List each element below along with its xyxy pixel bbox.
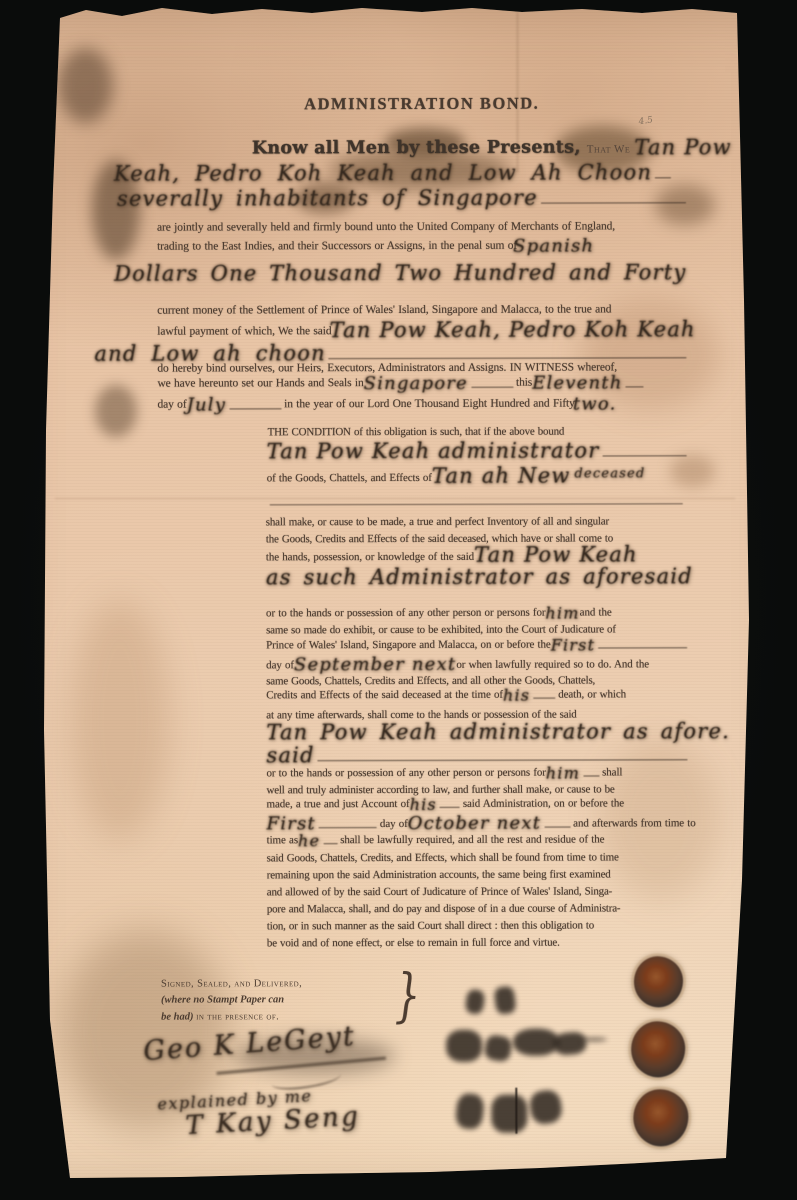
print-text: or when lawfully required so to do. And …: [456, 658, 649, 674]
fill-rule: [544, 825, 570, 828]
print-text: this: [516, 377, 532, 393]
handwritten-pronoun: he: [298, 833, 320, 849]
wax-seal: [633, 1089, 688, 1146]
print-text: time as: [267, 834, 298, 849]
witness-signature: Geo K LeGeyt: [142, 1021, 356, 1067]
print-line: day of July in the year of our Lord One …: [157, 395, 616, 414]
handwritten-text: said: [266, 745, 314, 766]
print-text: or to the hands or possession of any oth…: [266, 606, 545, 622]
handwritten-line: severally inhabitants of Singapore: [117, 187, 689, 209]
document-title: ADMINISTRATION BOND.: [287, 96, 557, 113]
handwritten-text: Tan Pow Keah administrator as afore.: [266, 721, 730, 743]
handwritten-month: October next: [408, 815, 541, 833]
print-line: remaining upon the said Administration a…: [267, 868, 611, 883]
print-text: Prince of Wales' Island, Singapore and M…: [266, 638, 551, 654]
wax-seal: [631, 1021, 685, 1077]
handwritten-administrator: Tan Pow Keah administrator: [267, 440, 600, 462]
fill-rule: [533, 696, 555, 699]
fill-rule: [598, 645, 687, 648]
handwritten-pronoun: him: [545, 606, 579, 622]
print-text: and afterwards from time to: [573, 817, 696, 833]
print-line: the hands, possession, or knowledge of t…: [266, 544, 638, 566]
print-text: Credits and Effects of the said deceased…: [266, 689, 503, 705]
that-we-text: That We: [581, 143, 635, 158]
fill-rule: [229, 406, 281, 409]
print-text: lawful payment of which, We the said: [157, 325, 331, 341]
fill-rule: [319, 825, 377, 828]
print-text: said Administration, on or before the: [463, 797, 624, 813]
chinese-signature-smudge: [493, 986, 516, 1015]
handwritten-month: September next: [294, 656, 456, 674]
print-text: shall: [602, 766, 622, 781]
chinese-signature-smudge: [553, 1031, 587, 1056]
print-line: or to the hands or possession of any oth…: [266, 765, 622, 782]
print-line: made, a true and just Account of his sai…: [267, 796, 625, 813]
fill-rule: [655, 175, 671, 178]
fill-rule: [602, 453, 686, 456]
print-text: day of: [266, 659, 294, 674]
fill-rule: [323, 841, 337, 844]
handwritten-name: Tan Pow: [634, 137, 731, 158]
print-line: or to the hands or possession of any oth…: [266, 605, 612, 622]
opening-line: Know all Men by these Presents, That We …: [252, 137, 732, 159]
handwritten-names: Keah, Pedro Koh Keah and Low Ah Choon: [114, 162, 652, 184]
attestation-text: be had): [161, 1011, 193, 1022]
print-text: death, or which: [558, 688, 626, 703]
print-text: trading to the East Indies, and their Su…: [157, 240, 517, 257]
print-text: and the: [580, 606, 612, 621]
wax-seal: [634, 956, 683, 1007]
handwritten-pronoun: his: [410, 797, 437, 813]
handwritten-names: Tan Pow Keah, Pedro Koh Keah: [329, 319, 695, 341]
fill-rule: [626, 384, 644, 387]
print-text: we have hereunto set our Hands and Seals…: [157, 377, 363, 393]
fill-rule: [318, 757, 688, 761]
print-line: current money of the Settlement of Princ…: [157, 302, 611, 318]
ink-stroke: [515, 1088, 517, 1134]
handwritten-sum: Dollars One Thousand Two Hundred and For…: [114, 262, 686, 284]
print-text: day of: [380, 818, 408, 833]
handwritten-place: Singapore: [364, 375, 468, 393]
handwritten-month: July: [187, 396, 227, 414]
fill-rule: [583, 773, 599, 776]
print-line: tion, or in such manner as the said Cour…: [267, 919, 594, 934]
print-line: and allowed of by the said Court of Judi…: [267, 885, 612, 900]
print-line: we have hereunto set our Hands and Seals…: [157, 374, 689, 393]
print-line: Credits and Effects of the said deceased…: [266, 687, 626, 704]
print-line: First day of October next and afterwards…: [267, 814, 696, 833]
chinese-signature-smudge: [528, 1089, 563, 1126]
handwritten-deceased-word: deceased: [574, 467, 645, 480]
chinese-signature-smudge: [581, 1037, 607, 1041]
handwritten-text: severally inhabitants of Singapore: [117, 188, 538, 210]
pencil-annotation: 4.5: [638, 116, 653, 127]
print-line: trading to the East Indies, and their Su…: [157, 237, 594, 256]
chinese-signature-smudge: [455, 1093, 485, 1131]
curly-brace: }: [394, 966, 420, 1024]
handwritten-line: Tan Pow Keah administrator as afore.: [266, 721, 690, 743]
print-line: time as he shall be lawfully required, a…: [267, 832, 605, 849]
print-text: of the Goods, Chattels, and Effects of: [267, 472, 432, 488]
document-page: 4.5 ADMINISTRATION BOND. Know all Men by…: [0, 0, 797, 1200]
print-line: pore and Malacca, shall, and do pay and …: [267, 902, 621, 917]
handwritten-line: as such Administrator as aforesaid: [266, 566, 690, 588]
print-line: Prince of Wales' Island, Singapore and M…: [266, 637, 690, 654]
attestation-line: (where no Stampt Paper can: [161, 995, 284, 1006]
print-line: day of September next or when lawfully r…: [266, 655, 649, 674]
print-text: in the year of our Lord One Thousand Eig…: [284, 398, 575, 415]
print-line: are jointly and severally held and firml…: [157, 219, 615, 235]
print-text: shall be lawfully required, and all the …: [340, 833, 604, 849]
section-rule: [270, 503, 683, 505]
handwritten-pronoun: his: [503, 688, 530, 704]
handwritten-year: two.: [573, 395, 617, 413]
handwritten-word: Spanish: [513, 237, 594, 255]
chinese-signature-smudge: [513, 1029, 559, 1056]
handwritten-line: Dollars One Thousand Two Hundred and For…: [114, 262, 689, 285]
attestation-block: Signed, Sealed, and Delivered, (where no…: [161, 976, 376, 1025]
fill-rule: [471, 385, 513, 388]
fill-rule: [329, 355, 687, 359]
print-text: day of: [157, 399, 186, 415]
print-line: be void and of none effect, or else to r…: [267, 937, 560, 952]
handwritten-name: Tan Pow Keah: [474, 544, 638, 565]
print-line: lawful payment of which, We the said Tan…: [157, 319, 695, 341]
handwritten-pronoun: him: [546, 766, 580, 782]
chinese-signature-smudge: [446, 1030, 482, 1062]
attestation-line: Signed, Sealed, and Delivered,: [161, 978, 302, 989]
print-line: shall make, or cause to be made, a true …: [266, 515, 609, 530]
scanned-document-photo: 4.5 ADMINISTRATION BOND. Know all Men by…: [0, 0, 797, 1200]
handwritten-ordinal: First: [551, 637, 596, 653]
fill-rule: [541, 200, 686, 203]
chinese-signature-smudge: [483, 1034, 513, 1063]
handwritten-text: as such Administrator as aforesaid: [266, 566, 693, 588]
attestation-text: in the presence of.: [196, 1011, 279, 1022]
print-line: of the Goods, Chattels, and Effects of T…: [267, 465, 646, 487]
blackletter-text: Know all Men by these Presents,: [252, 138, 581, 160]
print-line: said Goods, Chattels, Credits, and Effec…: [267, 851, 619, 866]
handwritten-line: Keah, Pedro Koh Keah and Low Ah Choon: [114, 162, 674, 184]
handwritten-day: Eleventh: [532, 374, 622, 392]
chinese-signature-smudge: [464, 989, 485, 1015]
handwritten-deceased-name: Tan ah New: [432, 466, 571, 487]
print-text: or to the hands or possession of any oth…: [266, 766, 545, 782]
fill-rule: [440, 805, 460, 808]
print-text: made, a true and just Account of: [267, 798, 410, 814]
chinese-signature-smudge: [491, 1095, 527, 1133]
handwritten-line: said: [266, 744, 690, 766]
handwritten-line: Tan Pow Keah administrator: [267, 440, 690, 462]
